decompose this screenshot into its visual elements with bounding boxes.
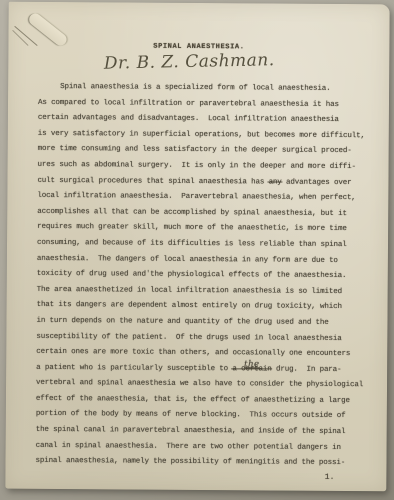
typed-line: the spinal canal in paravertebral anaest… — [36, 423, 365, 441]
typed-text: ures such as abdominal surgery. It is on… — [38, 161, 356, 171]
typed-text: spinal anaesthesia, namely the possibili… — [35, 457, 345, 467]
typed-text: a patient who is particularly susceptibl… — [36, 364, 232, 373]
typed-text: in turn depends on the nature and quanti… — [36, 317, 328, 327]
typed-text: local infiltration anaesthesia. Paravert… — [37, 192, 355, 202]
typed-text: cult surgical procedures that spinal ana… — [37, 176, 268, 186]
stray-mark: ' — [146, 270, 151, 279]
typed-text: vertebral and spinal anaesthesia we also… — [36, 379, 363, 389]
typed-line: ures such as abdominal surgery. It is on… — [38, 158, 367, 176]
strikethrough-word: any — [269, 178, 282, 186]
typed-text: accomplishes all that can be accomplishe… — [37, 208, 347, 218]
typed-text: toxicity of drug used and the physiologi… — [37, 270, 347, 280]
typed-text: susceptibility of the patient. Of the dr… — [36, 332, 341, 342]
typed-line: toxicity of drug used and the physiologi… — [37, 267, 366, 285]
typed-text: is very satisfactory in superficial oper… — [38, 130, 365, 140]
handwritten-author: Dr. B. Z. Cashman. — [89, 50, 289, 74]
typed-line: in turn depends on the nature and quanti… — [36, 314, 365, 332]
typed-line: consuming, and because of its difficulti… — [37, 236, 366, 254]
typed-text: Spinal anaesthesia is a specialized form… — [60, 83, 330, 93]
typed-line: spinal anaesthesia, namely the possibili… — [35, 454, 364, 472]
page-number: 1. — [325, 473, 335, 482]
typed-text: As compared to local infiltration or par… — [38, 98, 339, 108]
typed-line: Spinal anaesthesia is a specialized form… — [38, 80, 367, 98]
typed-text: requires much greater skill, much more o… — [37, 223, 347, 233]
typed-text: advantages over — [282, 178, 352, 186]
strikethrough-word: a certain — [232, 365, 271, 373]
typed-text: effect of the anaesthesia, that is, the … — [36, 395, 350, 405]
typed-text: certain advantages and disadvantages. Lo… — [38, 114, 339, 124]
typed-text: the spinal canal in paravertebral anaest… — [36, 426, 346, 436]
typed-text: certain ones are more toxic than others,… — [36, 348, 350, 358]
typed-lines: Spinal anaesthesia is a specialized form… — [35, 80, 367, 472]
typed-text: canal in spinal anaesthesia. There are t… — [36, 442, 341, 452]
typed-text: drug. In para- — [272, 365, 342, 373]
typed-text: that its dangers are dependent almost en… — [37, 301, 342, 311]
correction: thea certain — [232, 365, 271, 373]
document-page: SPINAL ANAESTHESIA. Dr. B. Z. Cashman. S… — [5, 2, 389, 492]
typed-line: certain ones are more toxic than others,… — [36, 345, 365, 363]
typed-text: anaesthesia. The dangers of local anaest… — [37, 254, 338, 264]
typed-text: consuming, and because of its difficulti… — [37, 239, 347, 249]
typed-text: The area anaesthetized in local infiltra… — [37, 286, 342, 296]
typed-text: portion of the body by means of nerve bl… — [36, 410, 346, 420]
typed-text: more time consuming and less satisfactor… — [38, 145, 352, 155]
